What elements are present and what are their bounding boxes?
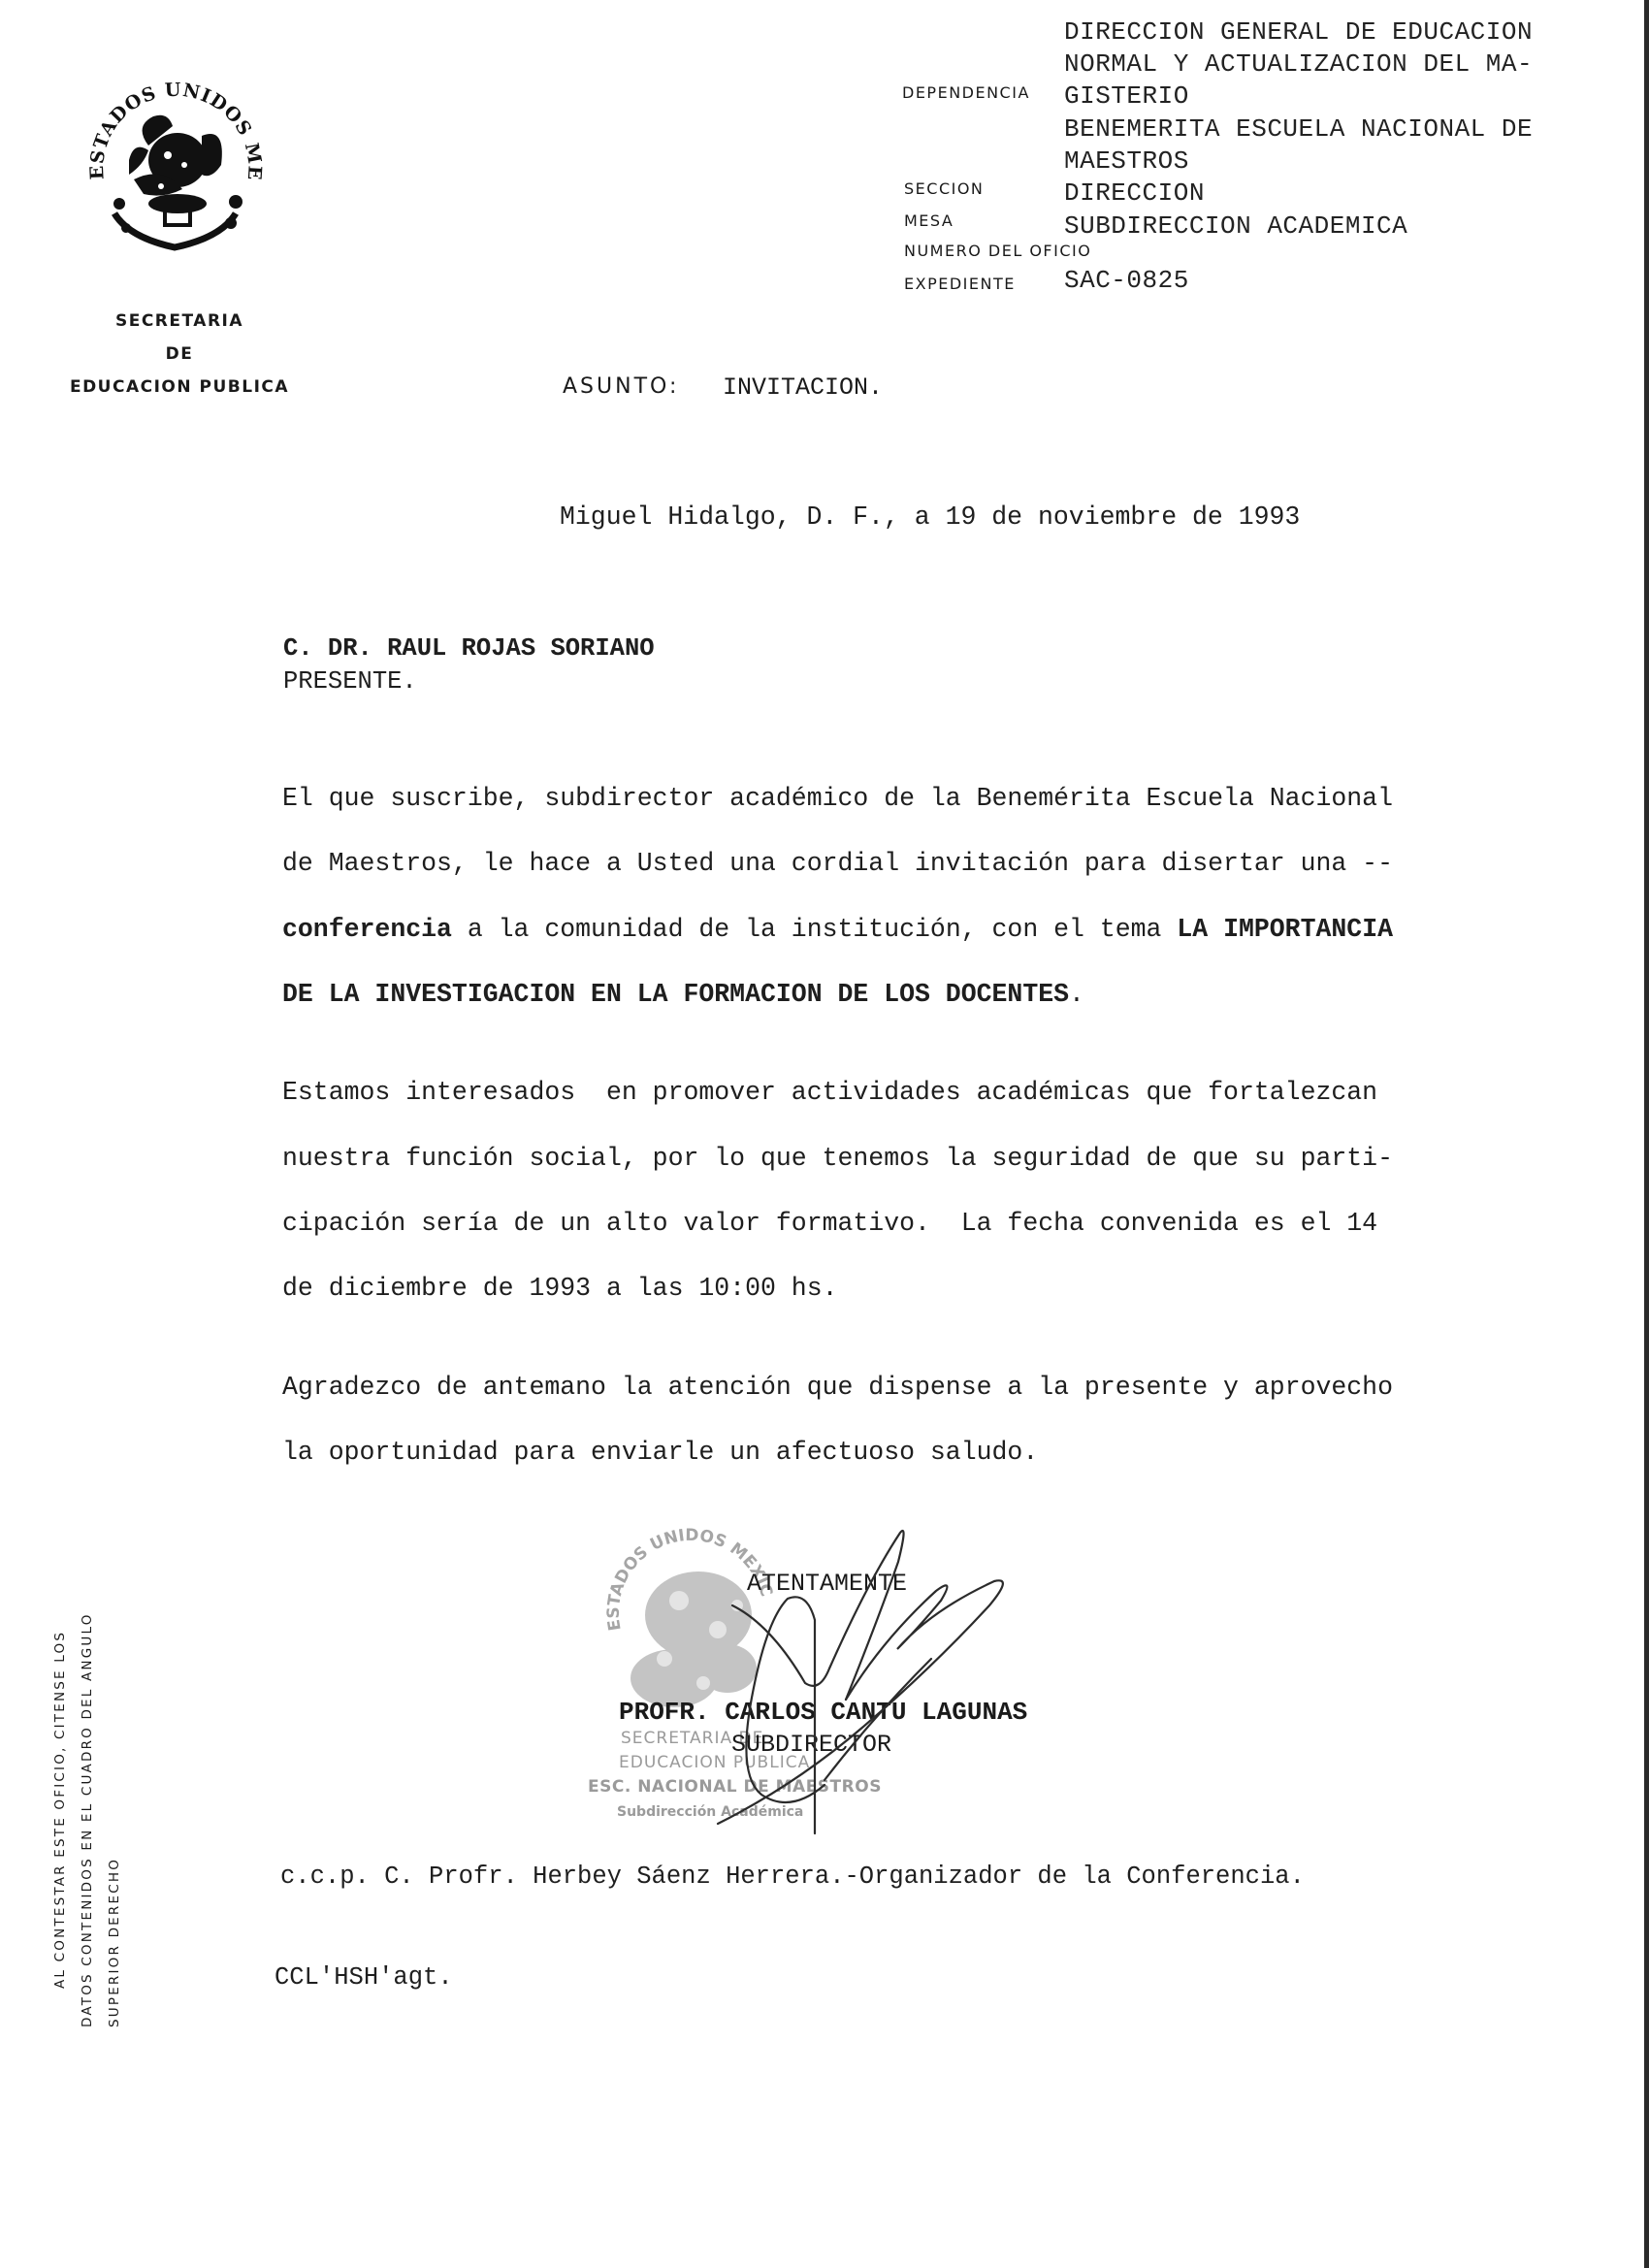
dependencia-value-line-3: GISTERIO: [1064, 81, 1189, 111]
dependencia-label: DEPENDENCIA: [902, 83, 1030, 102]
numero-oficio-label: NUMERO DEL OFICIO: [904, 242, 1091, 260]
topic-title-end: DE LA INVESTIGACION EN LA FORMACION DE L…: [282, 980, 1069, 1009]
side-note-line-2: DATOS CONTENIDOS EN EL CUADRO DEL ANGULO: [74, 1612, 101, 2027]
addressee-salutation: PRESENTE.: [283, 667, 417, 696]
page-edge-border: [1644, 0, 1649, 2268]
paragraph-1-line-1: El que suscribe, subdirector académico d…: [282, 784, 1393, 813]
date-line: Miguel Hidalgo, D. F., a 19 de noviembre…: [560, 502, 1300, 532]
ministry-name: SECRETARIA DE EDUCACION PUBLICA: [39, 305, 320, 404]
seccion-value: DIRECCION: [1064, 178, 1205, 208]
topic-title-start: LA IMPORTANCIA: [1177, 915, 1393, 944]
ministry-line-2: DE: [39, 338, 320, 371]
seccion-label: SECCION: [904, 179, 984, 198]
asunto-label: ASUNTO:: [563, 374, 679, 399]
paragraph-1-line-4: DE LA INVESTIGACION EN LA FORMACION DE L…: [282, 980, 1084, 1009]
paragraph-2-line-4: de diciembre de 1993 a las 10:00 hs.: [282, 1274, 838, 1303]
letter-page: ESTADOS UNIDOS MEXICANOS: [0, 0, 1649, 2268]
typist-initials: CCL'HSH'agt.: [275, 1963, 453, 1992]
dependencia-value-line-5: MAESTROS: [1064, 146, 1189, 176]
asunto-value: INVITACION.: [723, 373, 883, 402]
mexican-seal-icon: ESTADOS UNIDOS MEXICANOS: [76, 68, 275, 267]
dependencia-value-line-1: DIRECCION GENERAL DE EDUCACION: [1064, 17, 1533, 47]
handwritten-signature-icon: [679, 1523, 1028, 1843]
paragraph-1-line-3: conferencia a la comunidad de la institu…: [282, 915, 1393, 944]
reply-instruction-note: AL CONTESTAR ESTE OFICIO, CITENSE LOS DA…: [47, 1612, 128, 2027]
expediente-value: SAC-0825: [1064, 266, 1189, 295]
dependencia-value-line-2: NORMAL Y ACTUALIZACION DEL MA-: [1064, 49, 1533, 79]
expediente-label: EXPEDIENTE: [904, 275, 1016, 293]
paragraph-2-line-1: Estamos interesados en promover activida…: [282, 1078, 1377, 1107]
paragraph-3-line-1: Agradezco de antemano la atención que di…: [282, 1373, 1393, 1402]
paragraph-2-line-3: cipación sería de un alto valor formativ…: [282, 1209, 1377, 1238]
paragraph-1-line-2: de Maestros, le hace a Usted una cordial…: [282, 849, 1393, 878]
paragraph-2-line-2: nuestra función social, por lo que tenem…: [282, 1144, 1393, 1173]
ministry-line-3: EDUCACION PUBLICA: [39, 371, 320, 404]
paragraph-1-line-3-middle: a la comunidad de la institución, con el…: [452, 915, 1177, 944]
side-note-line-3: SUPERIOR DERECHO: [101, 1612, 128, 2027]
side-note-line-1: AL CONTESTAR ESTE OFICIO, CITENSE LOS: [47, 1612, 74, 2027]
ccp-line: c.c.p. C. Profr. Herbey Sáenz Herrera.-O…: [280, 1863, 1305, 1891]
dependencia-value-line-4: BENEMERITA ESCUELA NACIONAL DE: [1064, 114, 1533, 144]
conferencia-bold: conferencia: [282, 915, 452, 944]
paragraph-1-line-4-period: .: [1069, 980, 1084, 1009]
addressee-name: C. DR. RAUL ROJAS SORIANO: [283, 634, 655, 663]
mesa-value: SUBDIRECCION ACADEMICA: [1064, 211, 1407, 241]
mesa-label: MESA: [904, 211, 954, 230]
ministry-line-1: SECRETARIA: [39, 305, 320, 338]
paragraph-3-line-2: la oportunidad para enviarle un afectuos…: [282, 1438, 1038, 1467]
